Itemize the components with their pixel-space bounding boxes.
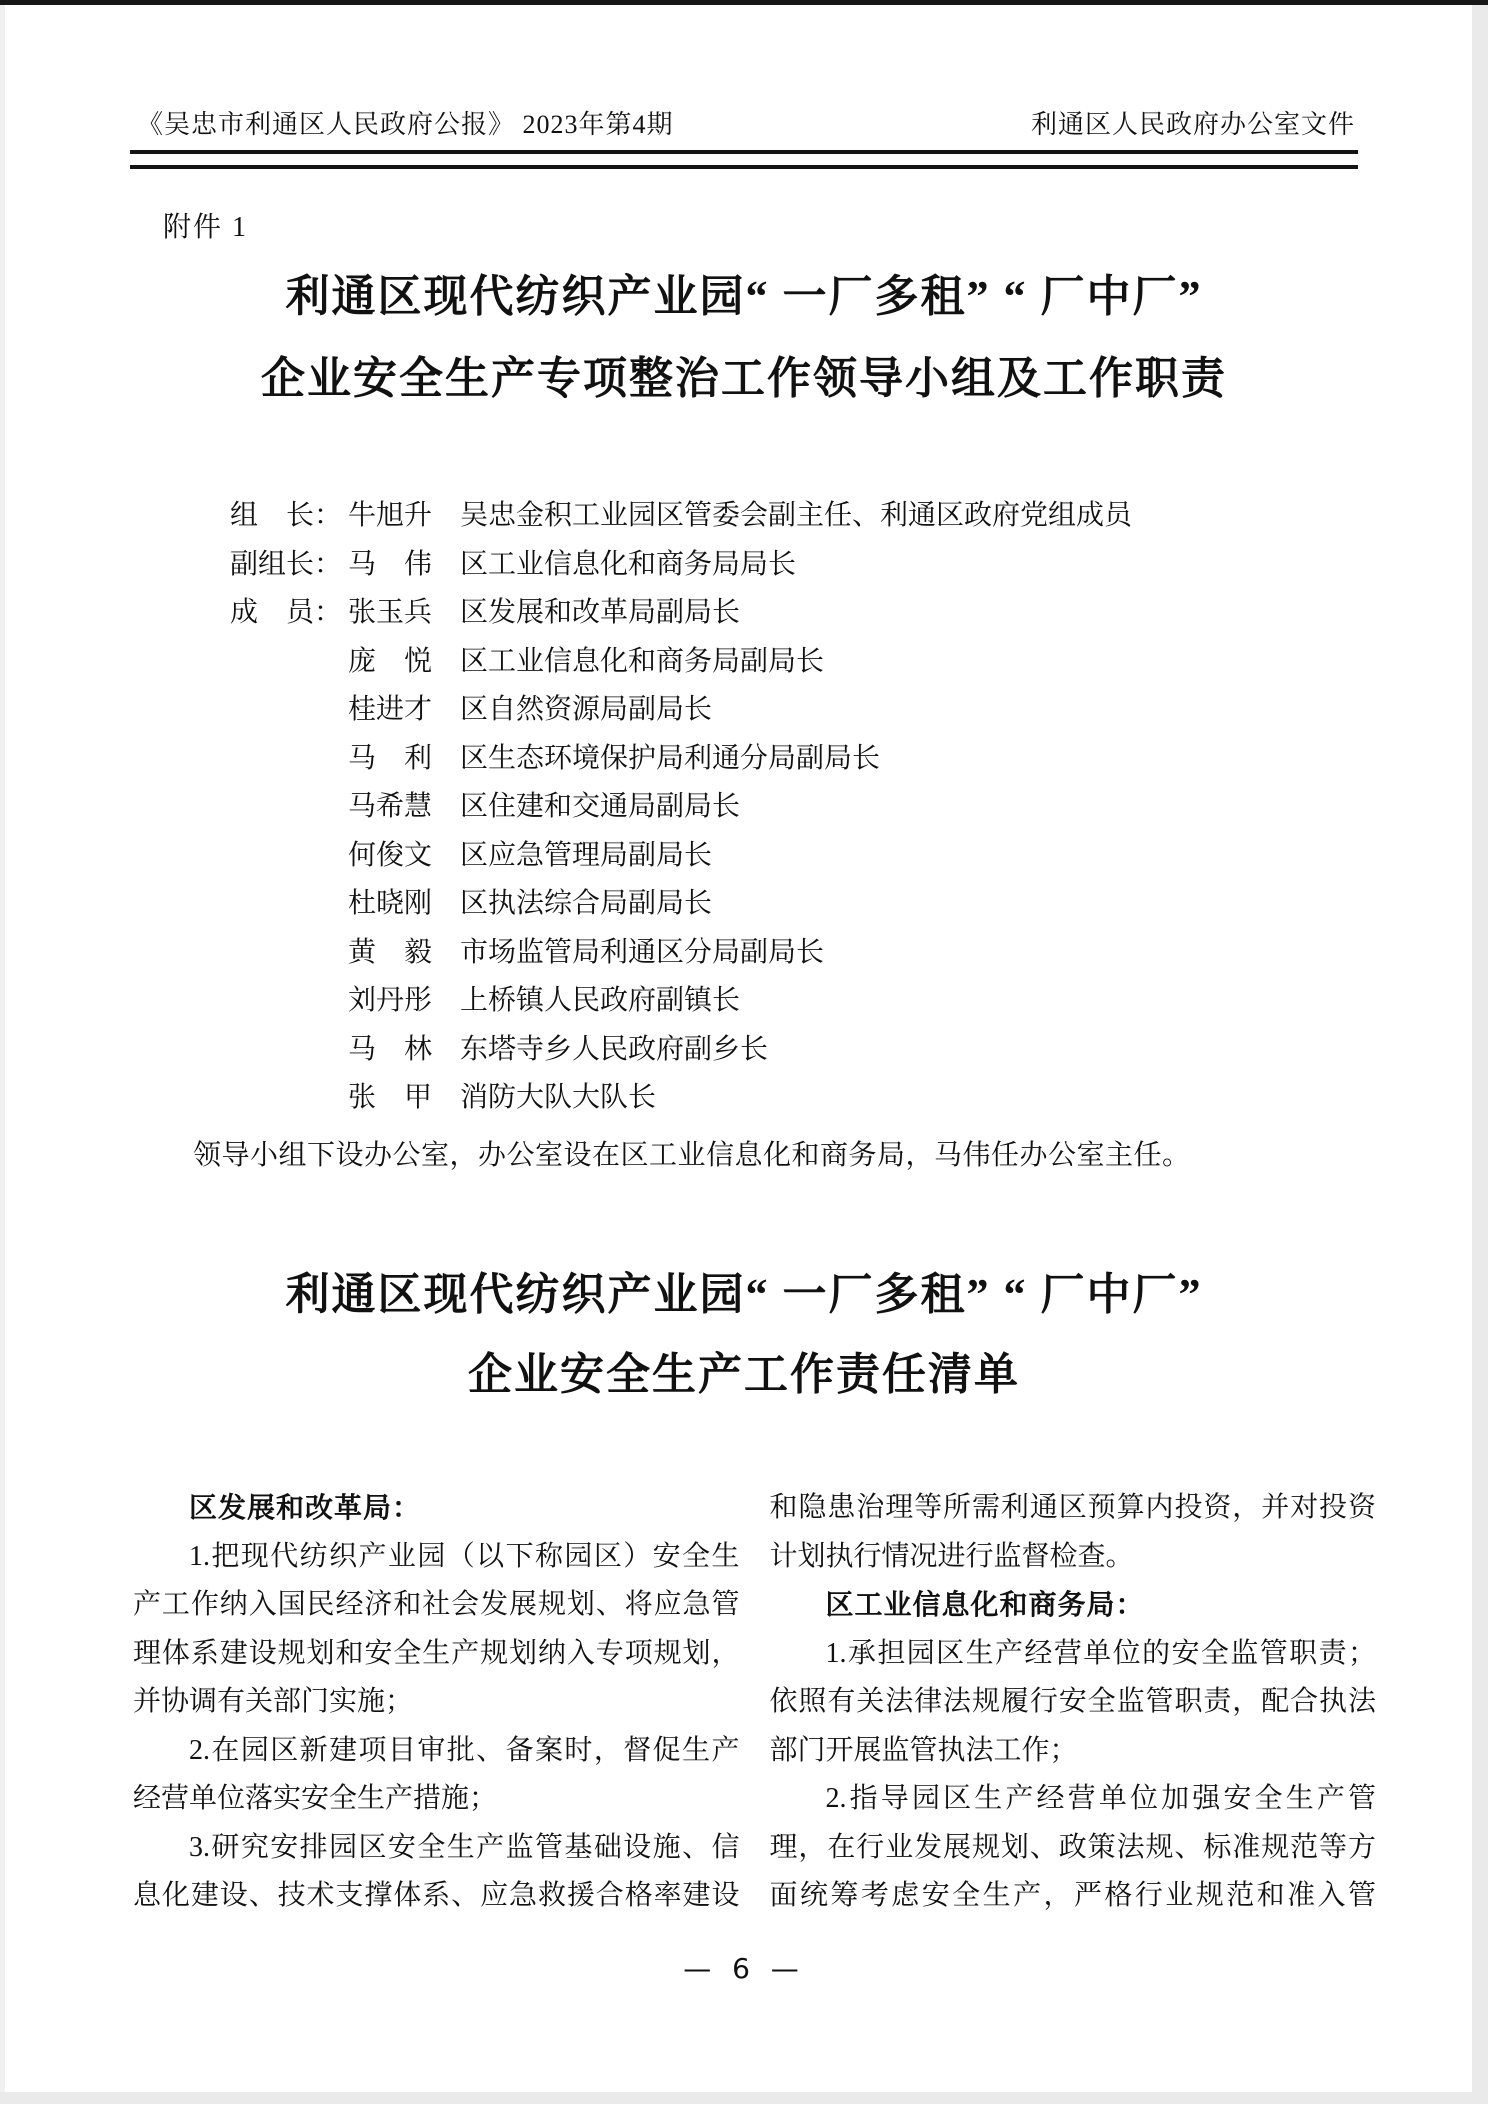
roster-row: 庞 悦 区工业信息化和商务局副局长 xyxy=(230,638,1368,687)
left-column: 区发展和改革局： 1.把现代纺织产业园（以下称园区）安全生 产工作纳入国民经济和… xyxy=(133,1484,740,1921)
roster-name: 杜晓刚 xyxy=(348,880,460,929)
roster-role: 副组长： xyxy=(230,541,348,590)
page-number: — 6 — xyxy=(0,1952,1488,1985)
responsibility-columns: 区发展和改革局： 1.把现代纺织产业园（以下称园区）安全生 产工作纳入国民经济和… xyxy=(133,1484,1376,1921)
body-line: 3.研究安排园区安全生产监管基础设施、信 xyxy=(133,1824,740,1873)
roster-position: 东塔寺乡人民政府副乡长 xyxy=(460,1026,1368,1075)
roster-position: 上桥镇人民政府副镇长 xyxy=(460,977,1368,1026)
section-heading: 区工业信息化和商务局： xyxy=(770,1581,1377,1630)
body-line: 1.承担园区生产经营单位的安全监管职责； xyxy=(770,1630,1377,1679)
roster-name: 马希慧 xyxy=(348,783,460,832)
header-divider-rule xyxy=(130,150,1358,169)
roster-position: 区应急管理局副局长 xyxy=(460,832,1368,881)
scan-top-edge xyxy=(0,0,1488,5)
doc1-title: 利通区现代纺织产业园“ 一厂多租” “ 厂中厂” 企业安全生产专项整治工作领导小… xyxy=(100,256,1388,420)
doc1-title-line1: 利通区现代纺织产业园“ 一厂多租” “ 厂中厂” xyxy=(100,256,1388,338)
roster-role: 成 员： xyxy=(230,589,348,638)
roster-position: 吴忠金积工业园区管委会副主任、利通区政府党组成员 xyxy=(460,492,1368,541)
doc2-title-line2: 企业安全生产工作责任清单 xyxy=(100,1335,1388,1415)
roster-row: 马希慧 区住建和交通局副局长 xyxy=(230,783,1368,832)
roster-position: 区工业信息化和商务局副局长 xyxy=(460,638,1368,687)
roster-row: 何俊文 区应急管理局副局长 xyxy=(230,832,1368,881)
roster-position: 市场监管局利通区分局副局长 xyxy=(460,929,1368,978)
roster-name: 张玉兵 xyxy=(348,589,460,638)
attachment-label: 附件 1 xyxy=(163,205,248,245)
roster-position: 区执法综合局副局长 xyxy=(460,880,1368,929)
roster-row: 黄 毅 市场监管局利通区分局副局长 xyxy=(230,929,1368,978)
doc2-title: 利通区现代纺织产业园“ 一厂多租” “ 厂中厂” 企业安全生产工作责任清单 xyxy=(100,1255,1388,1415)
roster-name: 庞 悦 xyxy=(348,638,460,687)
roster-name: 马 利 xyxy=(348,735,460,784)
doc2-title-line1: 利通区现代纺织产业园“ 一厂多租” “ 厂中厂” xyxy=(100,1255,1388,1335)
office-note: 领导小组下设办公室，办公室设在区工业信息化和商务局，马伟任办公室主任。 xyxy=(137,1132,1368,1180)
body-line: 理，在行业发展规划、政策法规、标准规范等方 xyxy=(770,1824,1377,1873)
body-line: 2.指导园区生产经营单位加强安全生产管 xyxy=(770,1775,1377,1824)
roster-row: 刘丹彤 上桥镇人民政府副镇长 xyxy=(230,977,1368,1026)
roster-name: 马 林 xyxy=(348,1026,460,1075)
roster-role: 组 长： xyxy=(230,492,348,541)
roster-name: 桂进才 xyxy=(348,686,460,735)
roster-row: 杜晓刚 区执法综合局副局长 xyxy=(230,880,1368,929)
body-line: 2.在园区新建项目审批、备案时，督促生产 xyxy=(133,1727,740,1776)
gazette-page: 《吴忠市利通区人民政府公报》 2023年第4期 利通区人民政府办公室文件 附件 … xyxy=(0,0,1488,2104)
header-office-label: 利通区人民政府办公室文件 xyxy=(1031,104,1355,141)
roster-row: 桂进才 区自然资源局副局长 xyxy=(230,686,1368,735)
leadership-roster: 组 长： 牛旭升 吴忠金积工业园区管委会副主任、利通区政府党组成员 副组长： 马… xyxy=(230,492,1368,1123)
roster-position: 区自然资源局副局长 xyxy=(460,686,1368,735)
roster-name: 马 伟 xyxy=(348,541,460,590)
section-heading: 区发展和改革局： xyxy=(133,1484,740,1533)
roster-position: 区发展和改革局副局长 xyxy=(460,589,1368,638)
roster-row: 马 林 东塔寺乡人民政府副乡长 xyxy=(230,1026,1368,1075)
roster-row: 马 利 区生态环境保护局利通分局副局长 xyxy=(230,735,1368,784)
doc1-title-line2: 企业安全生产专项整治工作领导小组及工作职责 xyxy=(100,338,1388,420)
body-line: 1.把现代纺织产业园（以下称园区）安全生 xyxy=(133,1533,740,1582)
roster-name: 牛旭升 xyxy=(348,492,460,541)
roster-row: 张 甲 消防大队大队长 xyxy=(230,1074,1368,1123)
roster-name: 何俊文 xyxy=(348,832,460,881)
body-line: 计划执行情况进行监督检查。 xyxy=(770,1533,1377,1582)
body-line: 产工作纳入国民经济和社会发展规划、将应急管 xyxy=(133,1581,740,1630)
roster-row: 成 员： 张玉兵 区发展和改革局副局长 xyxy=(230,589,1368,638)
body-line: 部门开展监管执法工作； xyxy=(770,1727,1377,1776)
header-gazette-title: 《吴忠市利通区人民政府公报》 2023年第4期 xyxy=(137,104,674,141)
roster-position: 区生态环境保护局利通分局副局长 xyxy=(460,735,1368,784)
body-line: 面统筹考虑安全生产，严格行业规范和准入管 xyxy=(770,1872,1377,1921)
body-line: 息化建设、技术支撑体系、应急救援合格率建设 xyxy=(133,1872,740,1921)
roster-row: 组 长： 牛旭升 吴忠金积工业园区管委会副主任、利通区政府党组成员 xyxy=(230,492,1368,541)
page-header: 《吴忠市利通区人民政府公报》 2023年第4期 利通区人民政府办公室文件 xyxy=(137,104,1355,141)
roster-name: 黄 毅 xyxy=(348,929,460,978)
body-line: 经营单位落实安全生产措施； xyxy=(133,1775,740,1824)
right-column: 和隐患治理等所需利通区预算内投资，并对投资 计划执行情况进行监督检查。 区工业信… xyxy=(770,1484,1377,1921)
body-line: 并协调有关部门实施； xyxy=(133,1678,740,1727)
roster-name: 张 甲 xyxy=(348,1074,460,1123)
body-line: 和隐患治理等所需利通区预算内投资，并对投资 xyxy=(770,1484,1377,1533)
roster-position: 消防大队大队长 xyxy=(460,1074,1368,1123)
roster-position: 区住建和交通局副局长 xyxy=(460,783,1368,832)
roster-row: 副组长： 马 伟 区工业信息化和商务局局长 xyxy=(230,541,1368,590)
roster-position: 区工业信息化和商务局局长 xyxy=(460,541,1368,590)
body-line: 理体系建设规划和安全生产规划纳入专项规划， xyxy=(133,1630,740,1679)
roster-name: 刘丹彤 xyxy=(348,977,460,1026)
body-line: 依照有关法律法规履行安全监管职责，配合执法 xyxy=(770,1678,1377,1727)
